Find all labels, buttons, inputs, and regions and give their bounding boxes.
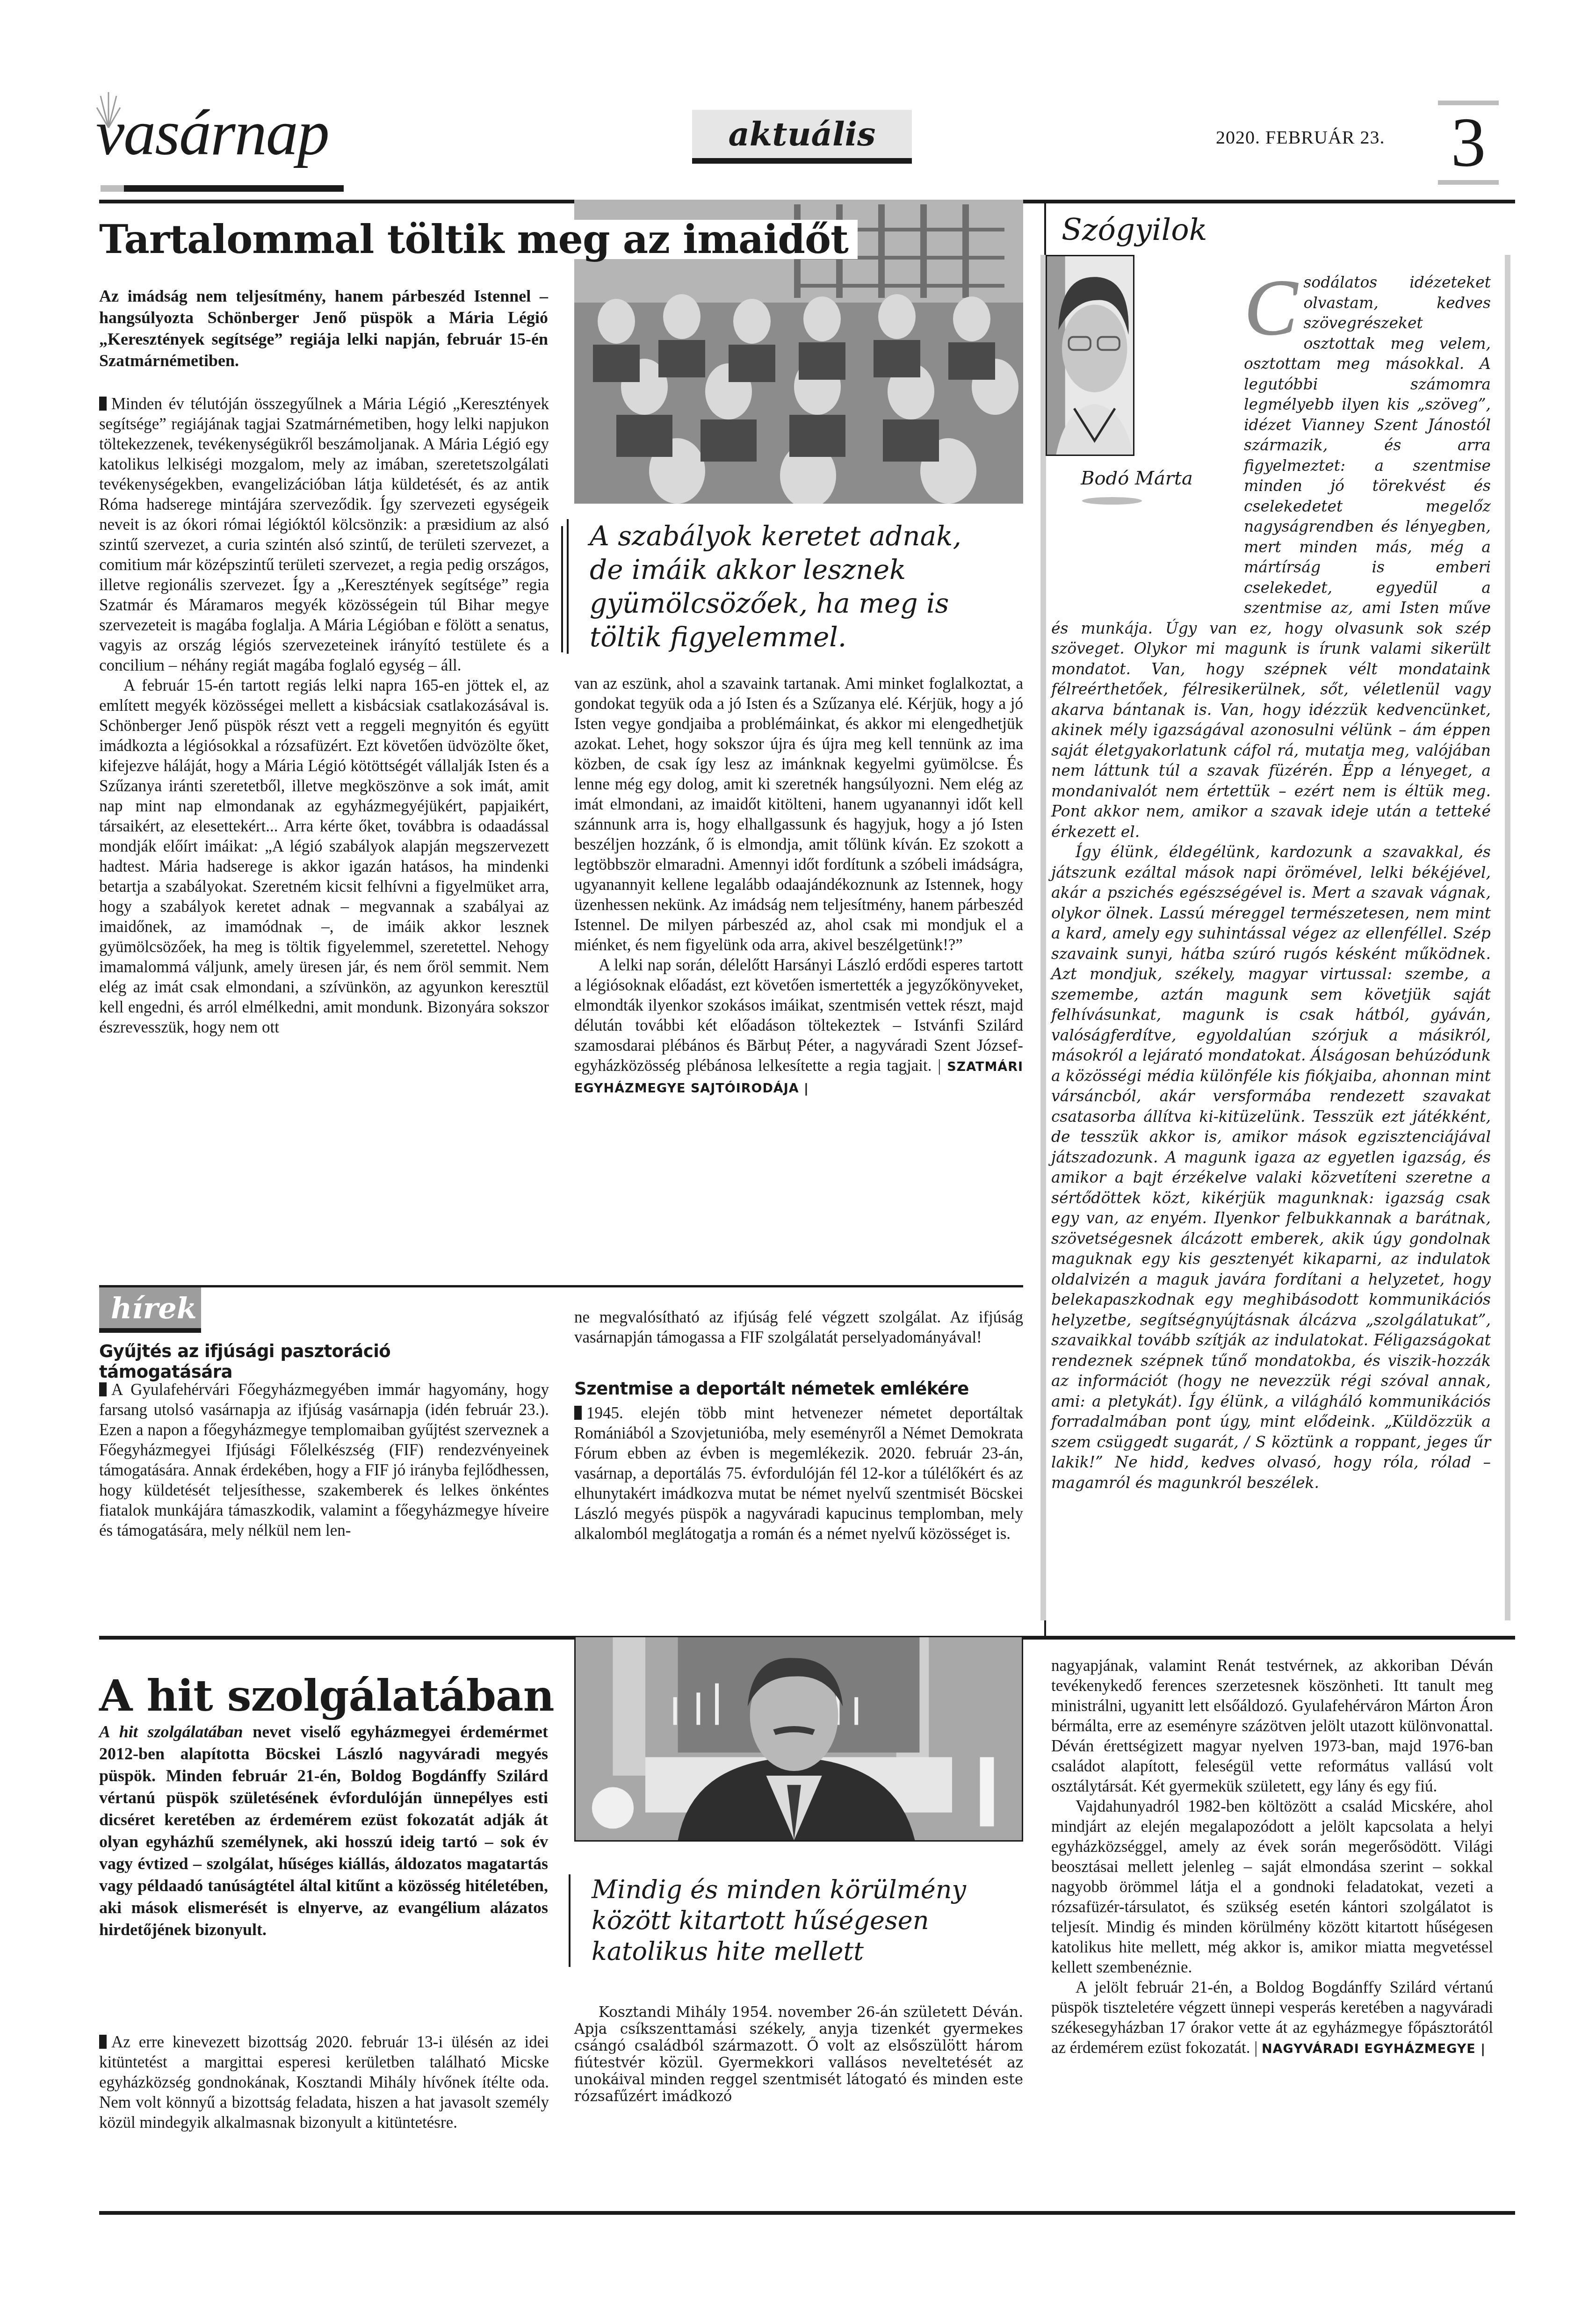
news-headline-2: Szentmise a deportált németek emlékére [574, 1379, 1023, 1399]
paragraph-marker-icon [574, 1406, 582, 1420]
news-top-rule [99, 1285, 1023, 1287]
news-body-1-continued: ne megvalósítható az ifjúság felé végzet… [574, 1307, 1023, 1347]
news-body-1: A Gyulafehérvári Főegyházmegyében immár … [99, 1380, 549, 1540]
section-label: aktuális [692, 110, 912, 164]
masthead-rule [101, 185, 344, 192]
article2-headline: A hit szolgálatában [99, 1674, 554, 1717]
issue-date: 2020. FEBRUÁR 23. [1216, 126, 1385, 148]
article-headline: Tartalommal töltik meg az imaidőt [99, 220, 858, 259]
drop-cap-letter: C [1244, 275, 1297, 340]
masthead-logo: vasárnap [96, 101, 329, 165]
paragraph-marker-icon [99, 397, 107, 411]
article2-body-col2: Kosztandi Mihály 1954. november 26-án sz… [574, 2004, 1023, 2105]
column-divider [561, 526, 563, 652]
paragraph-marker-icon [99, 2035, 107, 2049]
article-lede: Az imádság nem teljesítmény, hanem párbe… [99, 285, 548, 371]
pull-quote: A szabályok keretet adnak, de imáik akko… [567, 519, 988, 654]
article-body-col1: Minden év télutóján összegyűlnek a Mária… [99, 394, 549, 1037]
bottom-rule [99, 2211, 1515, 2215]
news-headline-1: Gyűjtés az ifjúsági pasztoráció támogatá… [99, 1341, 426, 1382]
column-photo-spacer [1051, 272, 1244, 600]
news-section-tag: hírek [99, 1287, 201, 1333]
article-body-col2: van az eszünk, ahol a szavaink tartanak.… [574, 673, 1023, 1099]
paragraph-marker-icon [99, 1382, 107, 1396]
article2-body-col1: Az erre kinevezett bizottság 2020. febru… [99, 2032, 549, 2132]
portrait-photo [574, 1636, 1023, 1842]
article2-body-col3: nagyapjának, valamint Renát testvérnek, … [1051, 1655, 1493, 2059]
news-body-2: 1945. elején több mint hetvenezer némete… [574, 1403, 1023, 1544]
column-title: Szógyilok [1062, 213, 1207, 247]
article2-pull-quote: Mindig és minden körülmény között kitart… [569, 1874, 1008, 1967]
article2-lede: A hit szolgálatában nevet viselő egyházm… [99, 1721, 548, 1941]
masthead-rule-accent [101, 185, 124, 192]
page-number: 3 [1438, 101, 1499, 185]
article2-signature: NAGYVÁRADI EGYHÁZMEGYE | [1262, 2042, 1486, 2056]
column-body-flow: C sodálatos idézeteket olvastam, kedves … [1051, 272, 1491, 1493]
